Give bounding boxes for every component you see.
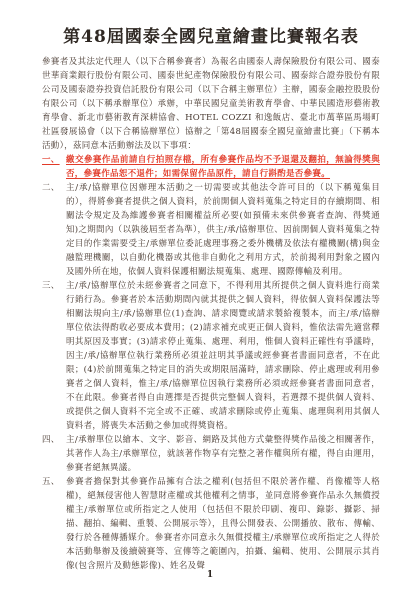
document-title: 第48屆國泰全國兒童繪畫比賽報名表 [42, 26, 380, 48]
item-text: 參賽者擔保對其參賽作品擁有合法之權利(包括但不限於著作權、肖像權等人格權)，絕無… [66, 475, 380, 573]
page-number: 1 [0, 570, 420, 580]
terms-item-3: 三、 主/承/協辦單位於未經參賽者之同意下，不得利用其所提供之個人資料進行商業行… [42, 279, 380, 433]
terms-list: 一、 繳交參賽作品前請自行拍照存檔，所有參賽作品均不予退還及翻拍，無論得獎與否，… [42, 153, 380, 573]
terms-item-5: 五、 參賽者擔保對其參賽作品擁有合法之權利(包括但不限於著作權、肖像權等人格權)… [42, 475, 380, 573]
item-number: 五、 [42, 475, 66, 573]
item-text: 主/承辦單位以繪本、文字、影音、網路及其他方式彙整得獎作品後之相關著作，其著作人… [66, 433, 380, 475]
item-text: 繳交參賽作品前請自行拍照存檔，所有參賽作品均不予退還及翻拍，無論得獎與否，參賽作… [66, 153, 380, 181]
terms-item-2: 二、 主/承/協辦單位因辦理本活動之一切需要或其他法令許可目的（以下稱蒐集目的）… [42, 181, 380, 279]
item-number: 三、 [42, 279, 66, 433]
terms-item-4: 四、 主/承辦單位以繪本、文字、影音、網路及其他方式彙整得獎作品後之相關著作，其… [42, 433, 380, 475]
item-text: 主/承/協辦單位因辦理本活動之一切需要或其他法令許可目的（以下稱蒐集目的），得將… [66, 181, 380, 279]
item-number: 二、 [42, 181, 66, 279]
item-text: 主/承/協辦單位於未經參賽者之同意下，不得利用其所提供之個人資料進行商業行銷行為… [66, 279, 380, 433]
registration-form-page: 第48屆國泰全國兒童繪畫比賽報名表 參賽者及其法定代理人（以下合稱參賽者）為報名… [0, 0, 420, 593]
intro-paragraph: 參賽者及其法定代理人（以下合稱參賽者）為報名由國泰人壽保險股份有限公司、國泰世華… [42, 55, 380, 153]
document-content: 第48屆國泰全國兒童繪畫比賽報名表 參賽者及其法定代理人（以下合稱參賽者）為報名… [0, 0, 420, 573]
item-number: 四、 [42, 433, 66, 475]
terms-item-1: 一、 繳交參賽作品前請自行拍照存檔，所有參賽作品均不予退還及翻拍，無論得獎與否，… [42, 153, 380, 181]
item-number: 一、 [42, 153, 66, 181]
